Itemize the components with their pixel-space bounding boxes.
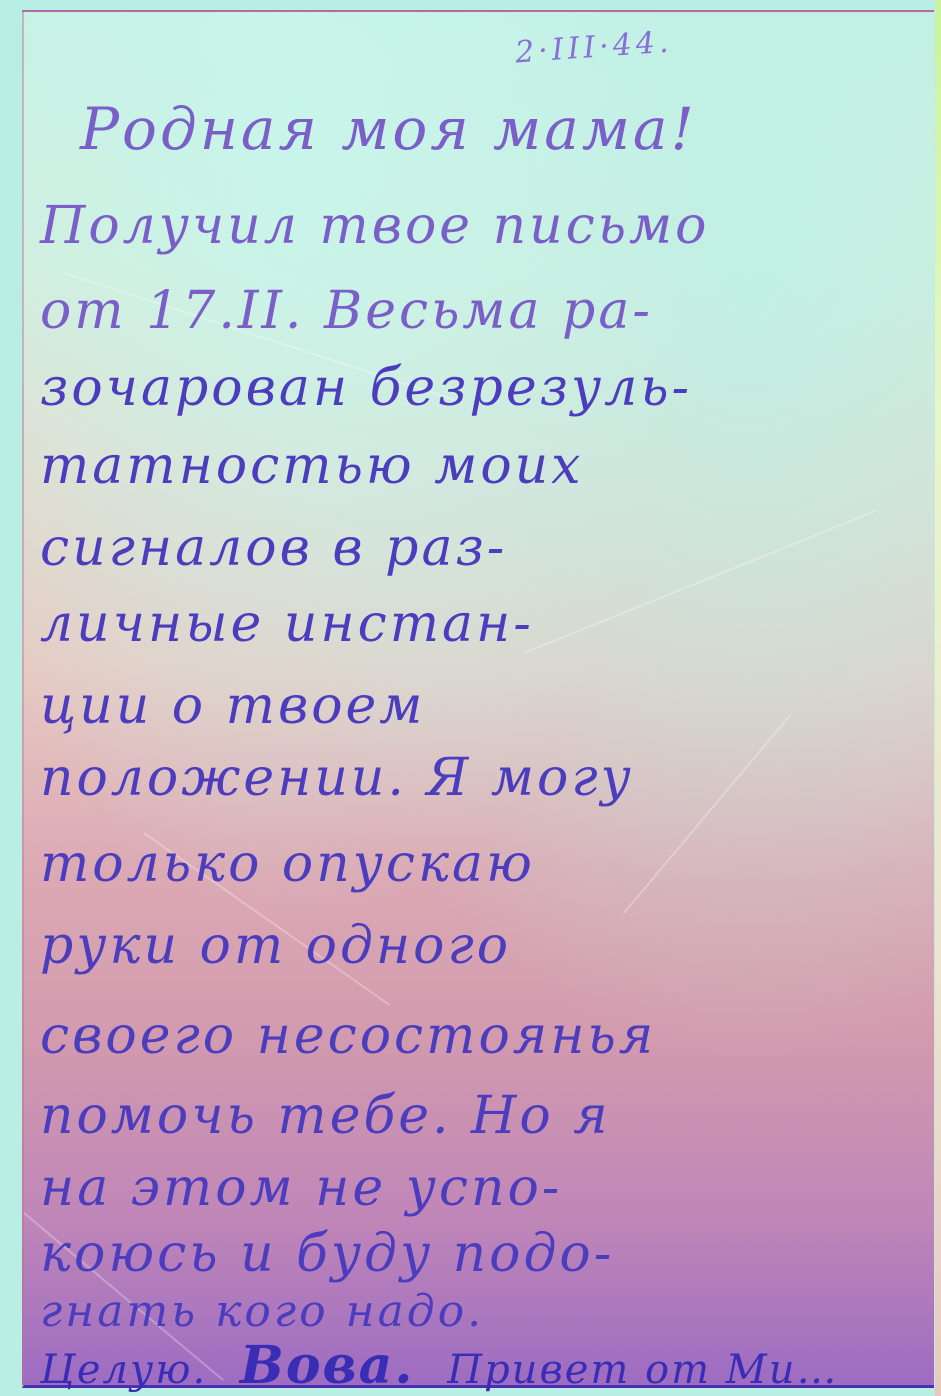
letter-line: личные инстан- — [40, 598, 534, 650]
letter-line: коюсь и буду подо- — [40, 1228, 614, 1280]
letter-line: положении. Я могу — [40, 752, 634, 804]
letter-greeting: Родная моя мама! — [80, 100, 697, 158]
signature-name: Вова. — [240, 1335, 415, 1396]
letter-line: своего несостоянья — [40, 1010, 656, 1062]
closing-kiss: Целую. — [40, 1347, 207, 1393]
letter-line: татностью моих — [40, 440, 583, 492]
letter-line: ции о твоем — [40, 680, 425, 732]
letter-line: сигналов в раз- — [40, 522, 507, 574]
letter-line: помочь тебе. Но я — [40, 1090, 611, 1142]
letter-line: Получил твое письмо — [40, 200, 709, 252]
letter-line: гнать кого надо. — [40, 1290, 484, 1334]
photo-frame-edge — [935, 0, 941, 1396]
letter-signature: Целую. Вова. Привет от Ми… — [40, 1335, 838, 1396]
letter-line: руки от одного — [40, 920, 511, 972]
letter-line: на этом не успо- — [40, 1162, 562, 1214]
letter-line: от 17.II. Весьма ра- — [40, 285, 653, 337]
paper-crease — [524, 510, 877, 654]
paper-crease — [623, 713, 792, 913]
postscript: Привет от Ми… — [447, 1347, 838, 1393]
letter-line: только опускаю — [40, 838, 535, 890]
letter-line: зочарован безрезуль- — [40, 362, 692, 414]
